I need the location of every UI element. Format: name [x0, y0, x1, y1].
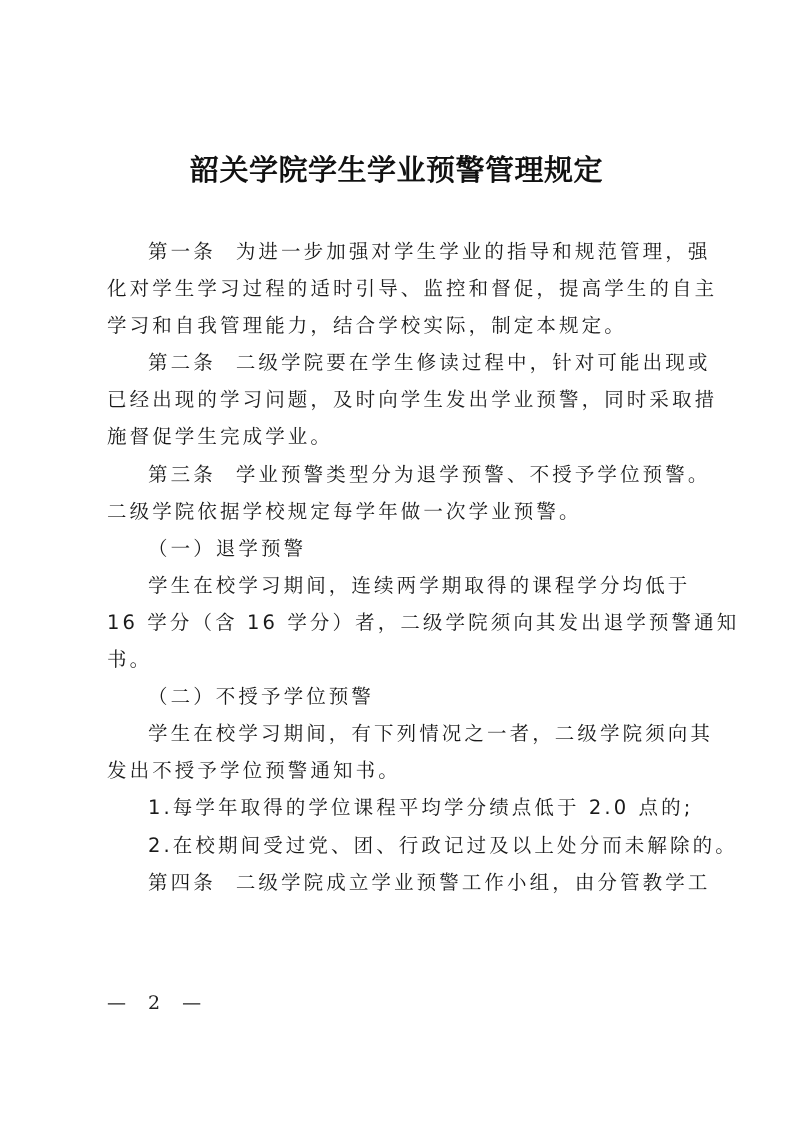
- line-text: 为进一步加强对学生学业的指导和规范管理，强: [236, 240, 711, 263]
- paragraph-line: 发出不授予学位预警通知书。: [107, 752, 693, 789]
- article-number: 第二条: [148, 351, 216, 374]
- line-text: 二级学院成立学业预警工作小组，由分管教学工: [236, 871, 711, 894]
- article-number: 第三条: [148, 463, 216, 486]
- paragraph-line: 学生在校学习期间，连续两学期取得的课程学分均低于: [107, 567, 693, 604]
- article-number: 第四条: [148, 871, 216, 894]
- section-heading: （一）退学预警: [107, 530, 693, 567]
- paragraph-line: 已经出现的学习问题，及时向学生发出学业预警，同时采取措: [107, 381, 693, 418]
- article-number: 第一条: [148, 240, 216, 263]
- document-page: 韶关学院学生学业预警管理规定 第一条为进一步加强对学生学业的指导和规范管理，强 …: [0, 0, 793, 1122]
- line-text: 学业预警类型分为退学预警、不授予学位预警。: [236, 463, 711, 486]
- paragraph-line: 第四条二级学院成立学业预警工作小组，由分管教学工: [107, 864, 693, 901]
- document-body: 第一条为进一步加强对学生学业的指导和规范管理，强 化对学生学习过程的适时引导、监…: [107, 233, 693, 901]
- paragraph-line: 学习和自我管理能力，结合学校实际，制定本规定。: [107, 307, 693, 344]
- list-item: 1.每学年取得的学位课程平均学分绩点低于 2.0 点的;: [107, 789, 693, 826]
- line-text: 二级学院要在学生修读过程中，针对可能出现或: [236, 351, 711, 374]
- paragraph-line: 书。: [107, 641, 693, 678]
- paragraph-line: 化对学生学习过程的适时引导、监控和督促，提高学生的自主: [107, 270, 693, 307]
- page-number: — 2 —: [107, 992, 209, 1014]
- section-heading: （二）不授予学位预警: [107, 678, 693, 715]
- paragraph-line: 第三条学业预警类型分为退学预警、不授予学位预警。: [107, 456, 693, 493]
- paragraph-line: 第一条为进一步加强对学生学业的指导和规范管理，强: [107, 233, 693, 270]
- document-title: 韶关学院学生学业预警管理规定: [0, 148, 793, 192]
- paragraph-line: 第二条二级学院要在学生修读过程中，针对可能出现或: [107, 344, 693, 381]
- paragraph-line: 学生在校学习期间，有下列情况之一者，二级学院须向其: [107, 715, 693, 752]
- list-item: 2.在校期间受过党、团、行政记过及以上处分而未解除的。: [107, 827, 693, 864]
- paragraph-line: 二级学院依据学校规定每学年做一次学业预警。: [107, 493, 693, 530]
- paragraph-line: 施督促学生完成学业。: [107, 418, 693, 455]
- paragraph-line: 16 学分（含 16 学分）者，二级学院须向其发出退学预警通知: [107, 604, 693, 641]
